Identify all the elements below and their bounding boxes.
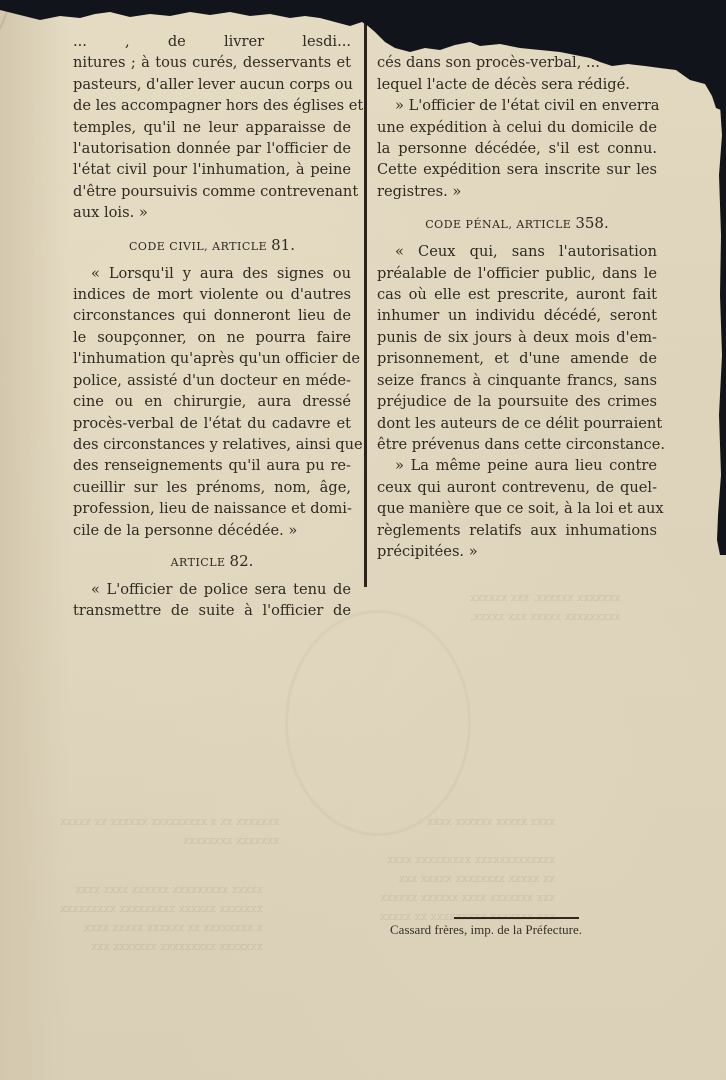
text-line: l'autorisation donnée par l'officier de	[73, 138, 351, 159]
text-line: « L'officier de police sera tenu de	[73, 579, 351, 600]
text-line: registres. »	[377, 181, 657, 202]
text-line: cas où elle est prescrite, auront fait	[377, 284, 657, 305]
text-line: règlements relatifs aux inhumations	[377, 520, 657, 541]
text-line: « Lorsqu'il y aura des signes ou	[73, 263, 351, 284]
text-line: prisonnement, et d'une amende de	[377, 348, 657, 369]
bleed-through-text: xxxxx xxxxxxxxx xxxxxx xxxx xxxxxxxxxxx …	[60, 880, 263, 956]
section-heading-code-penal-358: CODE PÉNAL, ARTICLE 358.	[377, 205, 657, 241]
heading-number: 82.	[230, 552, 254, 570]
text-line: préjudice de la poursuite des crimes	[377, 391, 657, 412]
text-line: l'inhumation qu'après qu'un officier de	[73, 348, 351, 369]
torn-page-edge-right	[716, 95, 726, 555]
text-line: » La même peine aura lieu contre	[377, 455, 657, 476]
text-line: que manière que ce soit, à la loi et aux	[377, 498, 657, 519]
text-line: police, assisté d'un docteur en méde-	[73, 370, 351, 391]
bleed-through-text: xxxxxxx xx x xxxxxxxxx xxxxxx xx xxxxxxx…	[60, 812, 280, 850]
text-line: Cette expédition sera inscrite sur les	[377, 159, 657, 180]
text-line: dont les auteurs de ce délit pourraient	[377, 413, 657, 434]
text-line: la personne décédée, s'il est connu.	[377, 138, 657, 159]
imprint-rule	[454, 917, 579, 919]
text-line: profession, lieu de naissance et domi-	[73, 498, 351, 519]
text-line: des renseignements qu'il aura pu re-	[73, 455, 351, 476]
text-line: des circonstances y relatives, ainsi que	[73, 434, 351, 455]
text-line: inhumer un individu décédé, seront	[377, 305, 657, 326]
bleed-through-stamp	[285, 610, 471, 836]
text-line: l'état civil pour l'inhumation, à peine	[73, 159, 351, 180]
heading-label: CODE CIVIL, ARTICLE	[129, 240, 267, 253]
text-line: ceux qui auront contrevenu, de quel-	[377, 477, 657, 498]
torn-page-edge	[0, 0, 726, 120]
heading-label: CODE PÉNAL, ARTICLE	[425, 218, 571, 231]
text-line: le soupçonner, on ne pourra faire	[73, 327, 351, 348]
section-heading-article-82: ARTICLE 82.	[73, 543, 351, 579]
text-line: d'être poursuivis comme contrevenant	[73, 181, 351, 202]
text-line: procès-verbal de l'état du cadavre et	[73, 413, 351, 434]
text-line: punis de six jours à deux mois d'em-	[377, 327, 657, 348]
text-line: transmettre de suite à l'officier de	[73, 600, 351, 621]
text-line: « Ceux qui, sans l'autorisation	[377, 241, 657, 262]
heading-number: 358.	[575, 214, 608, 232]
text-line: circonstances qui donneront lieu de	[73, 305, 351, 326]
text-line: indices de mort violente ou d'autres	[73, 284, 351, 305]
text-line: cile de la personne décédée. »	[73, 520, 351, 541]
printer-imprint: Cassard frères, imp. de la Préfecture.	[390, 922, 582, 938]
text-line: précipitées. »	[377, 541, 657, 562]
text-line: cueillir sur les prénoms, nom, âge,	[73, 477, 351, 498]
text-line: préalable de l'officier public, dans le	[377, 263, 657, 284]
bleed-through-text: xxxxxxx xxxxxx, xxx xxxxxxxxxxxxxxx xxxx…	[470, 588, 620, 626]
text-line: être prévenus dans cette circonstance.	[377, 434, 657, 455]
bleed-through-text: xxxx xxxxx xxxxxx xxxxxxxxxxxxxxxxx xxxx…	[380, 812, 555, 926]
heading-number: 81.	[271, 236, 295, 254]
text-line: aux lois. »	[73, 202, 351, 223]
text-line: cine ou en chirurgie, aura dressé	[73, 391, 351, 412]
heading-label: ARTICLE	[171, 556, 226, 569]
section-heading-code-civil-81: CODE CIVIL, ARTICLE 81.	[73, 227, 351, 263]
text-line: seize francs à cinquante francs, sans	[377, 370, 657, 391]
